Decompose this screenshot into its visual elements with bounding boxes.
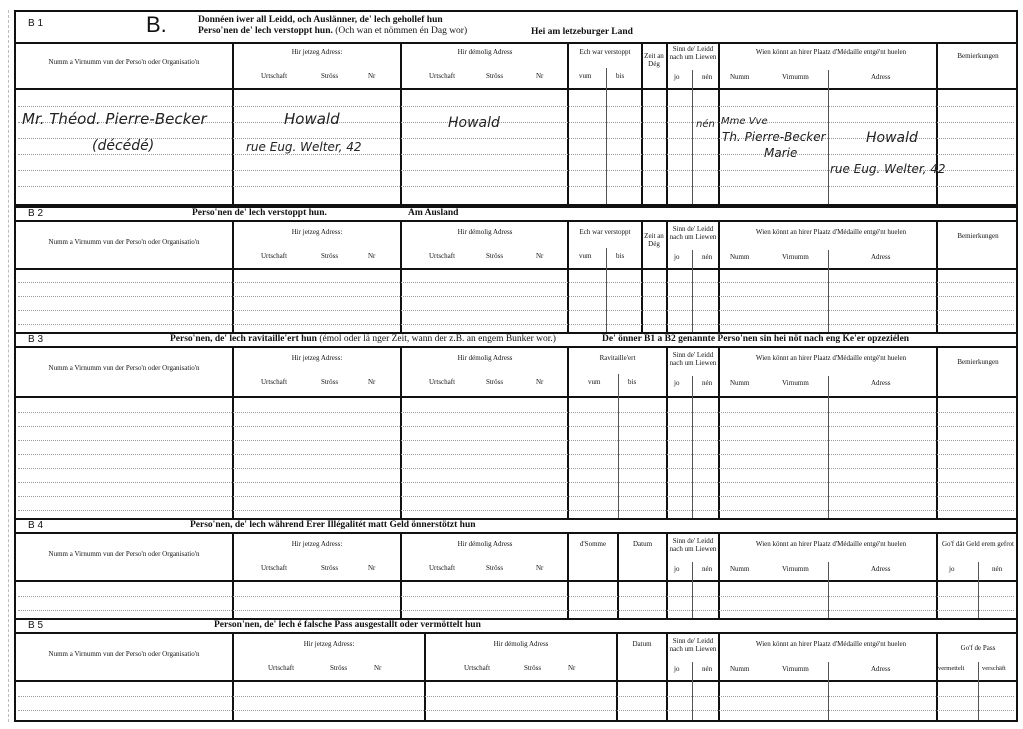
col-medal-header: Wien könnt an hirer Plaatz d'Médaille en… (736, 540, 926, 548)
col-medal-header: Wien könnt an hirer Plaatz d'Médaille en… (736, 48, 926, 56)
section-b4: B 4 Perso'nen, de' lech während Erer Ill… (14, 518, 1018, 622)
col-to: bis (628, 378, 636, 386)
col-remarks-header: Bemierkungen (938, 52, 1018, 60)
col-money-header: Go'f dät Geld erem gefrot (938, 540, 1018, 548)
col-locality: Urtschaft (429, 378, 455, 386)
col-number: Nr (374, 664, 381, 672)
col-surname: Numm (730, 253, 749, 261)
title-note: (émol oder lä nger Zeit, wann der z.B. a… (319, 334, 556, 344)
col-days-header: Zeit an Dég (643, 232, 665, 248)
col-former-address-header: Hir démolig Adress (402, 48, 568, 56)
section-b1: B 1 B. Donnéen iwer all Leidd, och Auslä… (14, 10, 1018, 206)
col-number: Nr (536, 252, 543, 260)
section-title: Perso'nen, de' lech ravitaille'ert hun (… (170, 334, 556, 344)
col-remarks-header: Bemierkungen (938, 232, 1018, 240)
col-firstname: Virnumm (782, 665, 809, 673)
col-alive-header: Sinn de' Leidd nach um Liewen (668, 225, 718, 241)
col-locality: Urtschaft (429, 72, 455, 80)
section-title: Perso'nen de' lech verstoppt hun. (192, 208, 327, 218)
entry-current-street: rue Eug. Welter, 42 (246, 140, 362, 154)
section-b3: B 3 Perso'nen, de' lech ravitaille'ert h… (14, 332, 1018, 522)
section-b3-header: B 3 Perso'nen, de' lech ravitaille'ert h… (16, 334, 1016, 348)
col-former-address-header: Hir démolig Adress (426, 640, 616, 648)
col-surname: Numm (730, 379, 749, 387)
col-procured: verschäft (982, 665, 1006, 672)
col-date-header: Datum (618, 640, 666, 648)
section-b1-header: B 1 B. Donnéen iwer all Leidd, och Auslä… (16, 12, 1016, 44)
section-id: B 1 (28, 18, 43, 29)
col-no: nén (992, 565, 1002, 573)
col-no: nén (702, 379, 712, 387)
section-b2-header: B 2 Perso'nen de' lech verstoppt hun. Am… (16, 208, 1016, 222)
section-title: Person'nen, de' lech é falsche Pass ausg… (214, 620, 481, 630)
col-number: Nr (568, 664, 575, 672)
section-title-line2: Perso'nen de' lech verstoppt hun. (Och w… (198, 26, 467, 36)
col-street: Ströss (486, 378, 503, 386)
title-bold: Perso'nen, de' lech ravitaille'ert hun (170, 334, 317, 344)
section-b5-header: B 5 Person'nen, de' lech é falsche Pass … (16, 620, 1016, 634)
col-street: Ströss (486, 564, 503, 572)
col-medal-header: Wien könnt an hirer Plaatz d'Médaille en… (736, 640, 926, 648)
col-days-header: Zeit an Dég (643, 52, 665, 68)
col-medal-header: Wien könnt an hirer Plaatz d'Médaille en… (736, 354, 926, 362)
col-name-header: Numm a Virnumm vun der Perso'n oder Orga… (16, 364, 232, 372)
col-street: Ströss (486, 252, 503, 260)
col-former-address-header: Hir démolig Adress (402, 540, 568, 548)
col-no: nén (702, 73, 712, 81)
col-street: Ströss (330, 664, 347, 672)
col-medal-header: Wien könnt an hirer Plaatz d'Médaille en… (736, 228, 926, 236)
col-locality: Urtschaft (261, 252, 287, 260)
col-hidden-header: Ech war verstoppt (569, 48, 641, 56)
col-name-header: Numm a Virnumm vun der Perso'n oder Orga… (16, 238, 232, 246)
col-yes: jo (674, 253, 679, 261)
col-locality: Urtschaft (429, 564, 455, 572)
section-location: Am Ausland (408, 208, 458, 218)
col-address: Adress (871, 379, 890, 387)
col-street: Ströss (321, 564, 338, 572)
col-name-header: Numm a Virnumm vun der Perso'n oder Orga… (16, 550, 232, 558)
col-locality: Urtschaft (261, 72, 287, 80)
col-yes: jo (674, 73, 679, 81)
title-note: (Och wan et nömmen én Dag wor) (335, 26, 467, 36)
col-alive-header: Sinn de' Leidd nach um Liewen (668, 637, 718, 653)
col-remarks-header: Bemierkungen (938, 358, 1018, 366)
col-alive-header: Sinn de' Leidd nach um Liewen (668, 45, 718, 61)
col-locality: Urtschaft (464, 664, 490, 672)
col-firstname: Virnumm (782, 253, 809, 261)
col-supplied-header: Ravitaille'ert (569, 354, 666, 362)
col-address: Adress (871, 253, 890, 261)
section-b2: B 2 Perso'nen de' lech verstoppt hun. Am… (14, 206, 1018, 334)
col-mediated: vermettelt (938, 665, 964, 672)
col-locality: Urtschaft (261, 564, 287, 572)
section-title-line1: Donnéen iwer all Leidd, och Auslänner, d… (198, 15, 443, 25)
col-address: Adress (871, 665, 890, 673)
col-number: Nr (536, 378, 543, 386)
entry-alive-no: nén (696, 119, 715, 130)
section-location: Hei am letzeburger Land (531, 27, 633, 37)
col-number: Nr (368, 378, 375, 386)
section-note: De' önner B1 a B2 genannte Perso'nen sin… (602, 334, 909, 344)
col-street: Ströss (321, 378, 338, 386)
section-id: B 3 (28, 334, 43, 345)
col-locality: Urtschaft (268, 664, 294, 672)
col-locality: Urtschaft (261, 378, 287, 386)
col-street: Ströss (524, 664, 541, 672)
section-id: B 4 (28, 520, 43, 531)
col-alive-header: Sinn de' Leidd nach um Liewen (668, 537, 718, 553)
scan-margin-mark (8, 10, 9, 722)
col-yes: jo (674, 379, 679, 387)
col-number: Nr (368, 252, 375, 260)
entry-current-locality: Howald (284, 110, 340, 128)
col-surname: Numm (730, 73, 749, 81)
col-pass-header: Go'f de Pass (938, 644, 1018, 652)
entry-medal-name: Th. Pierre-Becker (722, 130, 826, 144)
entry-medal-street: rue Eug. Welter, 42 (830, 162, 946, 176)
col-name-header: Numm a Virnumm vun der Perso'n oder Orga… (16, 650, 232, 658)
section-title: Perso'nen, de' lech während Erer Illégal… (190, 520, 476, 530)
col-number: Nr (368, 564, 375, 572)
section-b4-header: B 4 Perso'nen, de' lech während Erer Ill… (16, 520, 1016, 534)
entry-medal-title: Mme Vve (721, 116, 768, 127)
col-locality: Urtschaft (429, 252, 455, 260)
entry-name: Mr. Théod. Pierre-Becker (22, 110, 207, 128)
col-current-address-header: Hir jetzeg Adress: (234, 48, 400, 56)
col-street: Ströss (321, 252, 338, 260)
col-firstname: Virnumm (782, 379, 809, 387)
col-firstname: Virnumm (782, 565, 809, 573)
col-no: nén (702, 565, 712, 573)
col-sum-header: d'Somme (569, 540, 617, 548)
col-current-address-header: Hir jetzeg Adress: (234, 228, 400, 236)
title-bold: Perso'nen de' lech verstoppt hun. (198, 26, 333, 36)
entry-name-note: (décédé) (92, 138, 154, 154)
col-street: Ströss (321, 72, 338, 80)
col-to: bis (616, 72, 624, 80)
col-no: nén (702, 665, 712, 673)
entry-medal-firstname: Marie (764, 146, 797, 160)
col-firstname: Virnumm (782, 73, 809, 81)
entry-former-locality: Howald (448, 115, 500, 131)
col-street: Ströss (486, 72, 503, 80)
col-from: vum (579, 72, 591, 80)
col-yes: jo (674, 665, 679, 673)
col-address: Adress (871, 73, 890, 81)
section-id: B 5 (28, 620, 43, 631)
col-number: Nr (368, 72, 375, 80)
col-yes: jo (674, 565, 679, 573)
col-no: nén (702, 253, 712, 261)
col-to: bis (616, 252, 624, 260)
entry-medal-locality: Howald (866, 130, 918, 146)
col-number: Nr (536, 564, 543, 572)
col-surname: Numm (730, 665, 749, 673)
col-former-address-header: Hir démolig Adress (402, 228, 568, 236)
col-name-header: Numm a Virnumm vun der Perso'n oder Orga… (16, 58, 232, 66)
col-yes: jo (949, 565, 954, 573)
col-from: vum (588, 378, 600, 386)
col-number: Nr (536, 72, 543, 80)
col-hidden-header: Ech war verstoppt (569, 228, 641, 236)
col-from: vum (579, 252, 591, 260)
col-former-address-header: Hir démolig Adress (402, 354, 568, 362)
col-current-address-header: Hir jetzeg Adress: (234, 640, 424, 648)
col-date-header: Datum (619, 540, 666, 548)
col-current-address-header: Hir jetzeg Adress: (234, 540, 400, 548)
col-address: Adress (871, 565, 890, 573)
section-id: B 2 (28, 208, 43, 219)
col-surname: Numm (730, 565, 749, 573)
section-b5: B 5 Person'nen, de' lech é falsche Pass … (14, 618, 1018, 722)
col-current-address-header: Hir jetzeg Adress: (234, 354, 400, 362)
col-alive-header: Sinn de' Leidd nach um Liewen (668, 351, 718, 367)
form-letter: B. (146, 12, 167, 38)
